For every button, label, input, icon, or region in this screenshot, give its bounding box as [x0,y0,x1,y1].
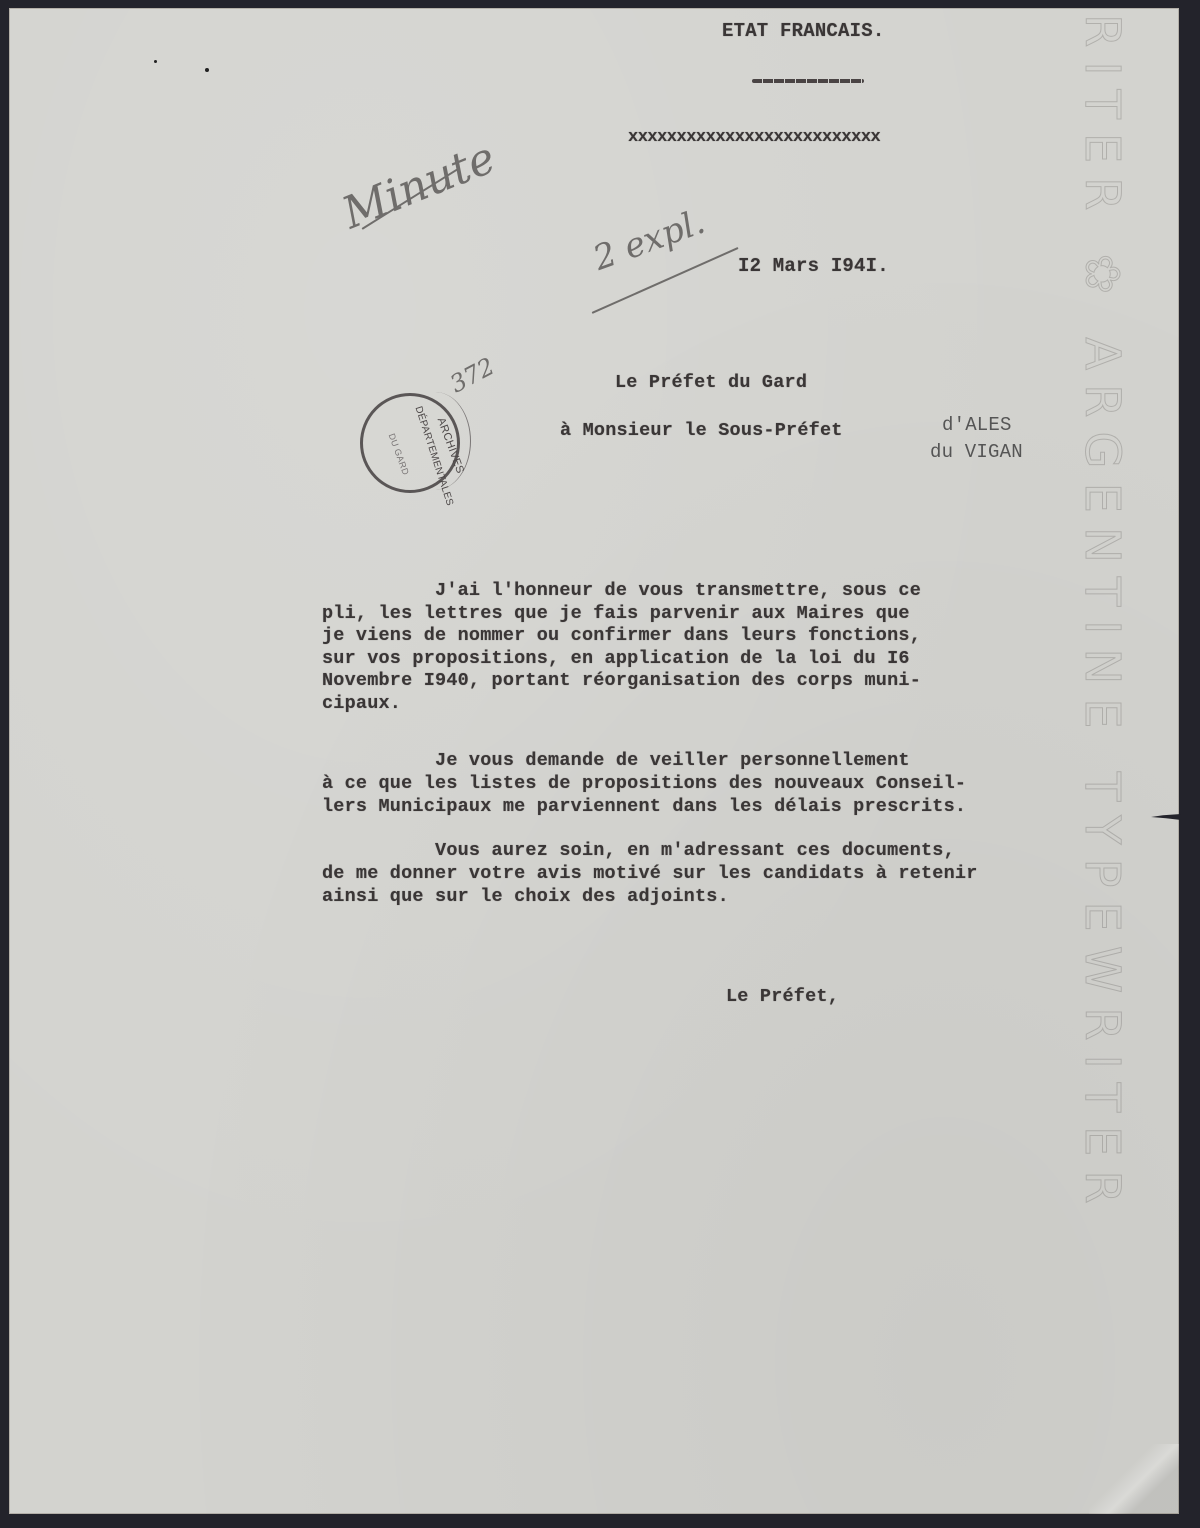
body-line: Je vous demande de veiller personnelleme… [322,750,910,771]
paper-crease [1089,1444,1179,1514]
body-line: à ce que les listes de propositions des … [322,773,966,794]
body-line: ainsi que sur le choix des adjoints. [322,886,729,907]
ink-speck [154,60,157,63]
body-line: lers Municipaux me parviennent dans les … [322,796,966,817]
recipient-option-ales: d'ALES [942,414,1012,436]
watermark: RITER ❀ ARGENTINE TYPEWRITER [1074,14,1130,1218]
header-separator: xxxxxxxxxxxxxxxxxxxxxxxxxx [628,128,880,147]
body-line: cipaux. [322,693,401,714]
body-line: Novembre I940, portant réorganisation de… [322,670,921,691]
sender: Le Préfet du Gard [615,372,807,393]
body-line: J'ai l'honneur de vous transmettre, sous… [322,580,921,601]
body-line: sur vos propositions, en application de … [322,648,910,669]
paper-tear [1151,814,1181,820]
body-line: je viens de nommer ou confirmer dans leu… [322,625,921,646]
body-line: de me donner votre avis motivé sur les c… [322,863,978,884]
header-title: ETAT FRANCAIS. [722,20,884,42]
recipient-option-vigan: du VIGAN [930,441,1023,463]
body-line: pli, les lettres que je fais parvenir au… [322,603,910,624]
recipient: à Monsieur le Sous-Préfet [560,420,843,441]
ink-speck [205,68,209,72]
header-underline [752,79,864,83]
letter-date: I2 Mars I94I. [738,255,889,277]
body-line: Vous aurez soin, en m'adressant ces docu… [322,840,955,861]
signature: Le Préfet, [726,986,839,1007]
